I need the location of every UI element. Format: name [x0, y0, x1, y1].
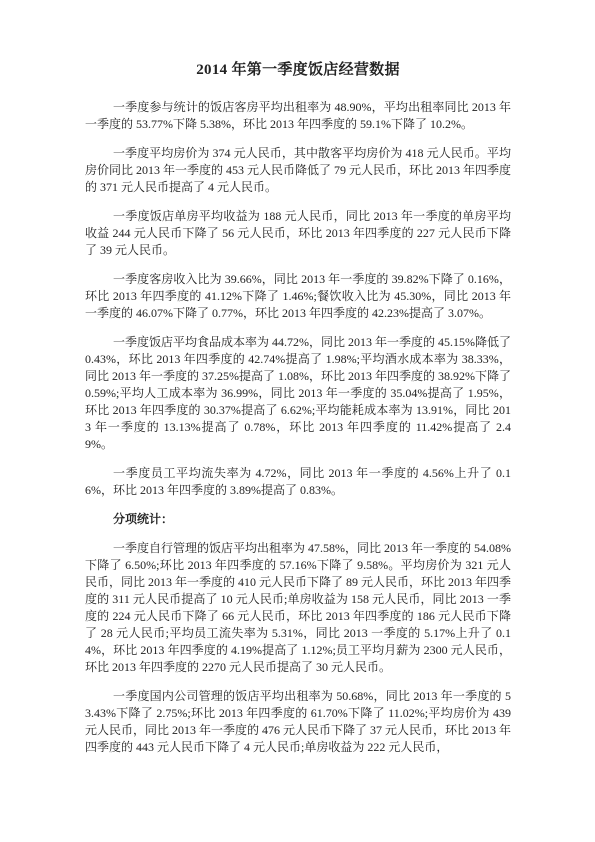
paragraph: 一季度饭店平均食品成本率为 44.72%，同比 2013 年一季度的 45.15… [85, 334, 511, 453]
paragraph: 一季度自行管理的饭店平均出租率为 47.58%，同比 2013 年一季度的 54… [85, 540, 511, 676]
paragraph: 一季度参与统计的饭店客房平均出租率为 48.90%，平均出租率同比 2013 年… [85, 99, 511, 133]
section-heading: 分项统计： [85, 511, 511, 528]
document-page: 2014 年第一季度饭店经营数据 一季度参与统计的饭店客房平均出租率为 48.9… [0, 0, 595, 842]
document-body: 一季度参与统计的饭店客房平均出租率为 48.90%，平均出租率同比 2013 年… [85, 99, 511, 756]
document-title: 2014 年第一季度饭店经营数据 [85, 60, 511, 81]
paragraph: 一季度饭店单房平均收益为 188 元人民币，同比 2013 年一季度的单房平均收… [85, 208, 511, 259]
paragraph: 一季度国内公司管理的饭店平均出租率为 50.68%，同比 2013 年一季度的 … [85, 688, 511, 756]
paragraph: 一季度客房收入比为 39.66%，同比 2013 年一季度的 39.82%下降了… [85, 271, 511, 322]
paragraph: 一季度平均房价为 374 元人民币，其中散客平均房价为 418 元人民币。平均房… [85, 145, 511, 196]
paragraph: 一季度员工平均流失率为 4.72%，同比 2013 年一季度的 4.56%上升了… [85, 465, 511, 499]
